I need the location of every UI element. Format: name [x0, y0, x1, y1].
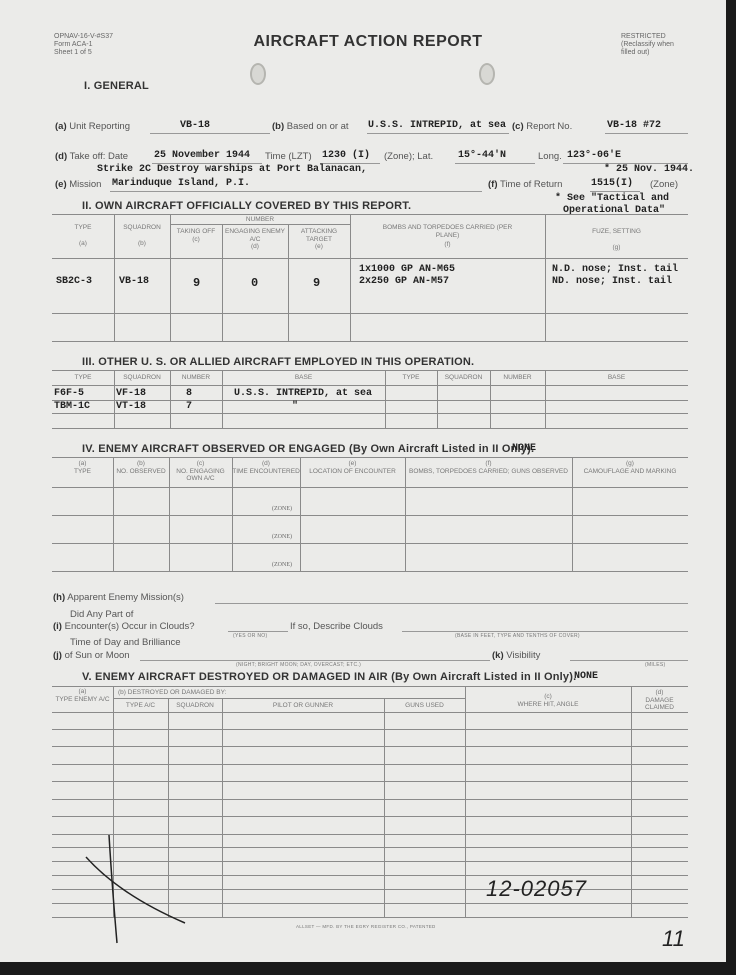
col-camouflage: (g)CAMOUFLAGE AND MARKING: [572, 460, 688, 475]
zone-label: (ZONE): [272, 506, 292, 512]
cell-number[interactable]: 8: [186, 388, 192, 399]
mission-line: [110, 191, 482, 192]
cell-type[interactable]: F6F-5: [54, 388, 84, 399]
classification: RESTRICTED (Reclassify when filled out): [621, 33, 674, 57]
none-stamp: NONE: [512, 443, 536, 454]
lat-value[interactable]: 15°-44'N: [458, 150, 506, 161]
unit-reporting-line: [150, 133, 270, 134]
col-no-observed: (b)NO. OBSERVED: [113, 460, 169, 475]
apparent-mission-field[interactable]: [215, 603, 688, 604]
col-where-hit: (c)WHERE HIT, ANGLE: [465, 693, 631, 708]
col-bombs-guns: (f)BOMBS, TORPEDOES CARRIED; GUNS OBSERV…: [405, 460, 572, 475]
cell-engaging[interactable]: 0: [251, 276, 258, 290]
based-at-line: [367, 133, 509, 134]
time-label: Time (LZT): [265, 151, 312, 162]
takeoff-date-label: (d) Take off: Date: [55, 151, 128, 162]
cell-number[interactable]: 7: [186, 401, 192, 412]
date-note: * 25 Nov. 1944.: [604, 164, 694, 175]
mission-detail-line[interactable]: Strike 2C Destroy warships at Port Balan…: [97, 164, 367, 175]
return-label: (f) Time of Return: [488, 179, 562, 190]
visibility-label: (k) Visibility: [492, 650, 540, 661]
visibility-field[interactable]: [570, 660, 688, 661]
cell-squadron[interactable]: VB-18: [119, 276, 149, 287]
yes-no-hint: (YES OR NO): [233, 633, 267, 639]
col-base: BASE: [222, 374, 385, 382]
col-base-2: BASE: [545, 374, 688, 382]
punch-hole-left: [250, 63, 266, 85]
col-fuze: FUZE, SETTING(g): [545, 228, 688, 251]
unit-reporting-value[interactable]: VB-18: [180, 120, 210, 131]
takeoff-time-value[interactable]: 1230 (I): [322, 150, 370, 161]
long-label: Long.: [538, 151, 562, 162]
printer-credit: ALLSET — MFD. BY THE EGRY REGISTER CO., …: [296, 924, 436, 929]
col-attacking: ATTACKING TARGET(e): [290, 228, 348, 251]
cell-type[interactable]: TBM-1C: [54, 401, 90, 412]
col-taking-off: TAKING OFF(c): [172, 228, 220, 243]
cell-taking-off[interactable]: 9: [193, 276, 200, 290]
return-zone-label: (Zone): [650, 179, 678, 190]
col-type: TYPE: [52, 374, 114, 382]
takeoff-date-value[interactable]: 25 November 1944: [154, 150, 250, 161]
col-squadron: SQUADRON: [168, 702, 222, 710]
cell-fuze-1[interactable]: N.D. nose; Inst. tail: [552, 264, 678, 275]
col-bombs: BOMBS AND TORPEDOES CARRIED (PER PLANE)(…: [380, 224, 515, 249]
based-at-value[interactable]: U.S.S. INTREPID, at sea: [368, 120, 506, 131]
brilliance-label-1: Time of Day and Brilliance: [70, 637, 181, 648]
section-general-heading: I. GENERAL: [84, 80, 149, 92]
clouds-hint: (BASE IN FEET, TYPE AND TENTHS OF COVER): [455, 633, 580, 639]
see-note-1: * See "Tactical and: [555, 193, 669, 204]
brilliance-hint: (NIGHT; BRIGHT MOON; DAY, OVERCAST; ETC.…: [236, 662, 361, 668]
col-no-engaging: (c)NO. ENGAGING OWN A/C: [169, 460, 232, 483]
return-line: [590, 191, 640, 192]
cell-fuze-2[interactable]: ND. nose; Inst. tail: [552, 276, 672, 287]
cell-bombs-1[interactable]: 1x1000 GP AN-M65: [359, 264, 455, 275]
cell-attacking[interactable]: 9: [313, 276, 320, 290]
col-squadron: SQUADRON(b): [114, 224, 170, 247]
describe-clouds-label: If so, Describe Clouds: [290, 621, 383, 632]
zone-lat-label: (Zone); Lat.: [384, 151, 433, 162]
col-number: NUMBER: [170, 374, 222, 382]
section-own-aircraft-heading: II. OWN AIRCRAFT OFFICIALLY COVERED BY T…: [82, 200, 411, 212]
brilliance-label-2: (j) of Sun or Moon: [53, 650, 130, 661]
col-engaging: ENGAGING ENEMY A/C(d): [224, 228, 286, 251]
section-enemy-observed-heading: IV. ENEMY AIRCRAFT OBSERVED OR ENGAGED (…: [82, 443, 534, 455]
page-number: 11: [662, 926, 685, 952]
handwritten-document-number: 12-02057: [486, 876, 587, 902]
punch-hole-right: [479, 63, 495, 85]
mission-label: (e) Mission: [55, 179, 101, 190]
return-time-value[interactable]: 1515(I): [591, 178, 633, 189]
report-no-value[interactable]: VB-18 #72: [607, 120, 661, 131]
clouds-label-2: (i) Encounter(s) Occur in Clouds?: [53, 621, 195, 632]
long-value[interactable]: 123°-06'E: [567, 150, 621, 161]
cell-bombs-2[interactable]: 2x250 GP AN-M57: [359, 276, 449, 287]
clouds-yes-no-field[interactable]: [228, 631, 288, 632]
describe-clouds-field[interactable]: [402, 631, 688, 632]
apparent-mission-label: (h) Apparent Enemy Mission(s): [53, 592, 184, 603]
report-page: OPNAV-16-V-#S37 Form ACA-1 Sheet 1 of 5 …: [0, 0, 726, 962]
col-damage: (d)DAMAGE CLAIMED: [631, 689, 688, 712]
none-stamp: NONE: [574, 671, 598, 682]
mission-value[interactable]: Marinduque Island, P.I.: [112, 178, 250, 189]
unit-reporting-label: (a) Unit Reporting: [55, 121, 130, 132]
col-squadron-2: SQUADRON: [437, 374, 490, 382]
cell-base[interactable]: U.S.S. INTREPID, at sea: [234, 388, 372, 399]
handwritten-cross-mark: [80, 835, 190, 945]
col-type: TYPE(a): [52, 224, 114, 247]
based-at-label: (b) Based on or at: [272, 121, 349, 132]
col-time: (d)TIME ENCOUNTERED: [232, 460, 300, 475]
col-number-2: NUMBER: [490, 374, 545, 382]
cell-type[interactable]: SB2C-3: [56, 276, 92, 287]
zone-label: (ZONE): [272, 534, 292, 540]
col-pilot: PILOT OR GUNNER: [222, 702, 384, 710]
classification-note-2: filled out): [621, 49, 674, 57]
classification-note: (Reclassify when: [621, 41, 674, 49]
col-location: (e)LOCATION OF ENCOUNTER: [300, 460, 405, 475]
col-number: NUMBER: [170, 216, 350, 224]
cell-squadron[interactable]: VF-18: [116, 388, 146, 399]
section-enemy-destroyed-heading: V. ENEMY AIRCRAFT DESTROYED OR DAMAGED I…: [82, 671, 576, 683]
cell-squadron[interactable]: VT-18: [116, 401, 146, 412]
lat-line: [455, 163, 535, 164]
visibility-hint: (MILES): [645, 662, 665, 668]
cell-base[interactable]: ": [292, 401, 298, 412]
report-no-label: (c) Report No.: [512, 121, 572, 132]
zone-label: (ZONE): [272, 562, 292, 568]
classification-label: RESTRICTED: [621, 33, 674, 41]
clouds-label-1: Did Any Part of: [70, 609, 133, 620]
col-type-enemy: (a)TYPE ENEMY A/C: [52, 688, 113, 703]
col-type-2: TYPE: [385, 374, 437, 382]
col-guns: GUNS USED: [384, 702, 465, 710]
col-type: (a)TYPE: [52, 460, 113, 475]
section-other-aircraft-heading: III. OTHER U. S. OR ALLIED AIRCRAFT EMPL…: [82, 356, 474, 368]
col-type-ac: TYPE A/C: [113, 702, 168, 710]
col-destroyed-by: (b) DESTROYED OR DAMAGED BY:: [118, 689, 226, 697]
col-squadron: SQUADRON: [114, 374, 170, 382]
report-no-line: [605, 133, 688, 134]
brilliance-field[interactable]: [140, 660, 490, 661]
